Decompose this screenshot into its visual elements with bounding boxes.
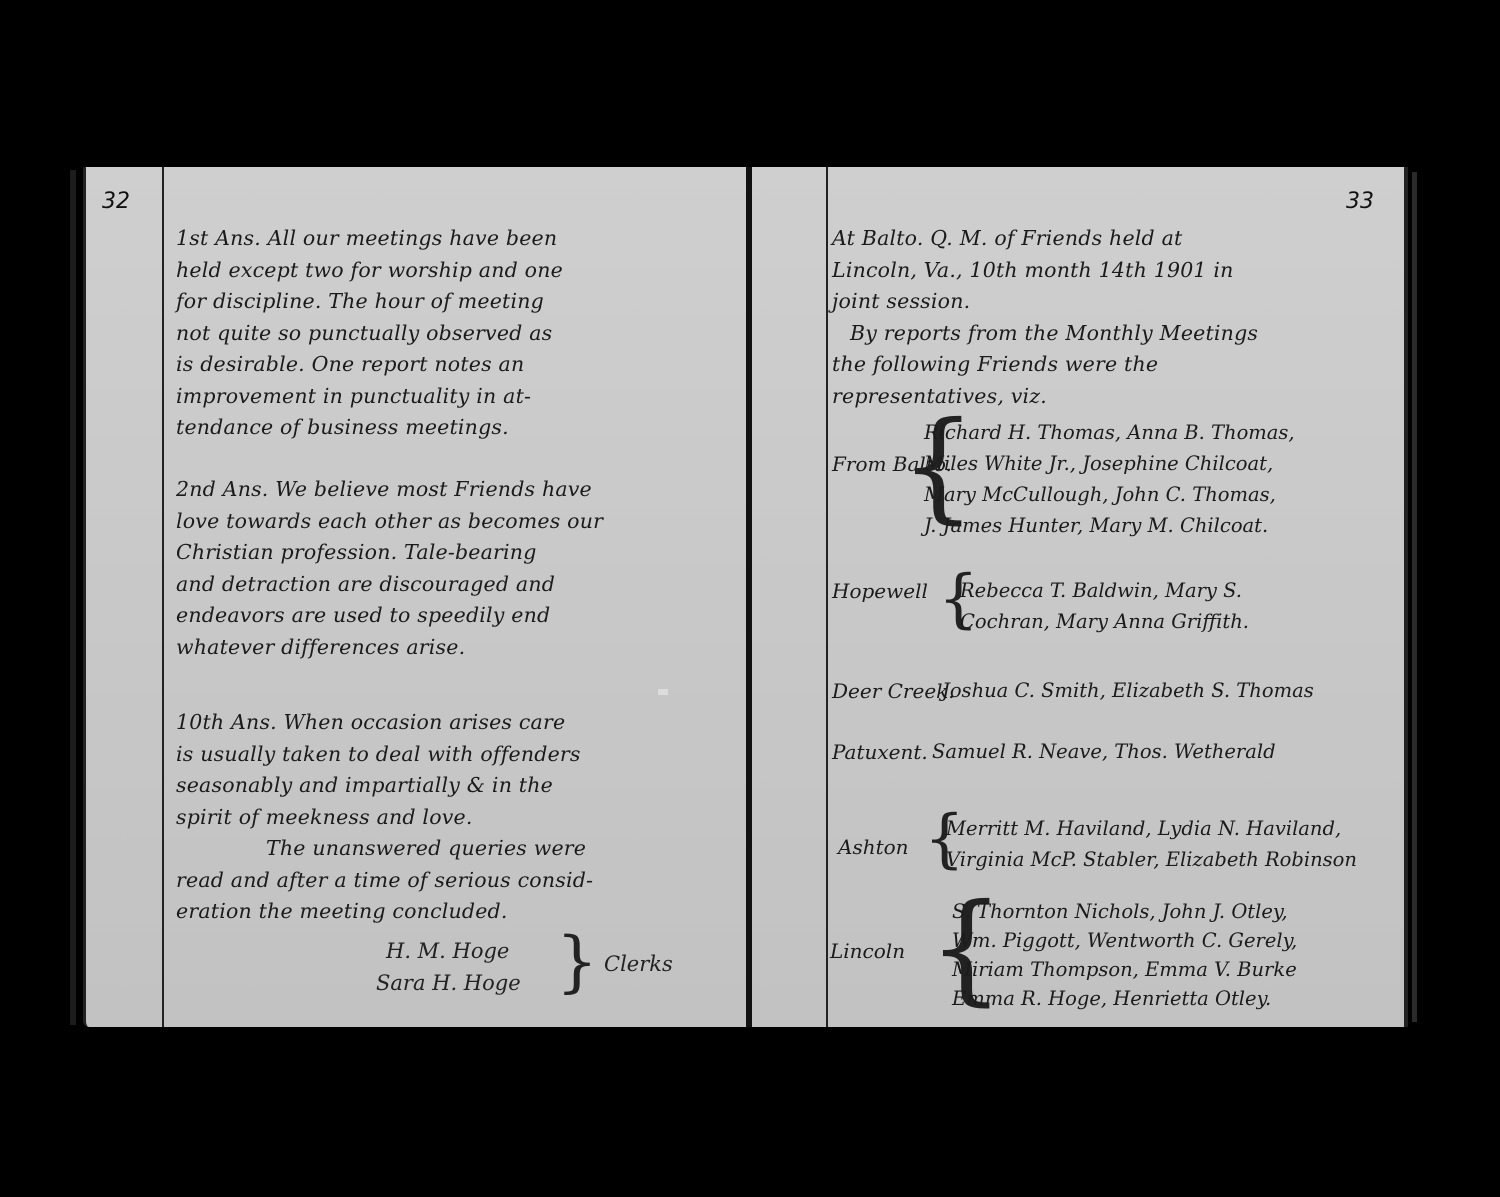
text-line: representatives, viz. (832, 381, 1258, 413)
text-line: and detraction are discouraged and (176, 569, 603, 601)
rep-names: Rebecca T. Baldwin, Mary S. Cochran, Mar… (960, 575, 1249, 637)
rep-name-line: Samuel R. Neave, Thos. Wetherald (932, 736, 1276, 767)
rep-name-line: Virginia McP. Stabler, Elizabeth Robinso… (946, 844, 1357, 875)
rep-names: Joshua C. Smith, Elizabeth S. Thomas (942, 675, 1314, 706)
text-line: is usually taken to deal with offenders (176, 739, 593, 771)
rep-name-line: Mary McCullough, John C. Thomas, (924, 479, 1295, 510)
rep-names: S. Thornton Nichols, John J. Otley, Wm. … (952, 897, 1297, 1013)
rep-name-line: Rebecca T. Baldwin, Mary S. (960, 575, 1249, 606)
rep-name-line: Miriam Thompson, Emma V. Burke (952, 955, 1297, 984)
text-line: Lincoln, Va., 10th month 14th 1901 in (832, 255, 1258, 287)
meeting-name: Hopewell (832, 579, 928, 603)
text-line: joint session. (832, 286, 1258, 318)
text-line: not quite so punctually observed as (176, 318, 563, 350)
rep-name-line: J. James Hunter, Mary M. Chilcoat. (924, 510, 1295, 541)
text-line: By reports from the Monthly Meetings (832, 318, 1258, 350)
rep-name-line: Emma R. Hoge, Henrietta Otley. (952, 984, 1297, 1013)
rep-name-line: Joshua C. Smith, Elizabeth S. Thomas (942, 675, 1314, 706)
answer-10: 10th Ans. When occasion arises care is u… (176, 707, 593, 928)
margin-rule (826, 167, 828, 1027)
answer-2: 2nd Ans. We believe most Friends have lo… (176, 474, 603, 663)
left-page: 32 1st Ans. All our meetings have been h… (83, 167, 747, 1027)
text-line: seasonably and impartially & in the (176, 770, 593, 802)
text-line: the following Friends were the (832, 349, 1258, 381)
book-edge-left (70, 170, 76, 1025)
text-line: is desirable. One report notes an (176, 349, 563, 381)
meeting-name: Ashton (838, 835, 909, 859)
brace-icon: } (556, 929, 598, 995)
rep-name-line: Richard H. Thomas, Anna B. Thomas, (924, 417, 1295, 448)
text-line: held except two for worship and one (176, 255, 563, 287)
meeting-intro: At Balto. Q. M. of Friends held at Linco… (832, 223, 1258, 412)
rep-name-line: Miles White Jr., Josephine Chilcoat, (924, 448, 1295, 479)
text-line: tendance of business meetings. (176, 412, 563, 444)
text-line: At Balto. Q. M. of Friends held at (832, 223, 1258, 255)
open-ledger: 32 1st Ans. All our meetings have been h… (0, 0, 1500, 1197)
answer-1: 1st Ans. All our meetings have been held… (176, 223, 563, 444)
text-line: Christian profession. Tale-bearing (176, 537, 603, 569)
text-line: spirit of meekness and love. (176, 802, 593, 834)
rep-name-line: Wm. Piggott, Wentworth C. Gerely, (952, 926, 1297, 955)
rep-name-line: Merritt M. Haviland, Lydia N. Haviland, (946, 813, 1357, 844)
text-line: read and after a time of serious consid- (176, 865, 593, 897)
rep-name-line: S. Thornton Nichols, John J. Otley, (952, 897, 1297, 926)
text-line: improvement in punctuality in at- (176, 381, 563, 413)
text-line: love towards each other as becomes our (176, 506, 603, 538)
rep-names: Richard H. Thomas, Anna B. Thomas, Miles… (924, 417, 1295, 541)
rep-name-line: Cochran, Mary Anna Griffith. (960, 606, 1249, 637)
page-number: 33 (1346, 189, 1374, 214)
rep-names: Samuel R. Neave, Thos. Wetherald (932, 736, 1276, 767)
book-edge-right (1412, 172, 1417, 1022)
signature-clerk-1: H. M. Hoge (386, 939, 509, 963)
rep-names: Merritt M. Haviland, Lydia N. Haviland, … (946, 813, 1357, 875)
scan-artifact (658, 689, 668, 695)
text-line: 1st Ans. All our meetings have been (176, 223, 563, 255)
margin-rule (162, 167, 164, 1027)
meeting-name: Deer Creek. (832, 679, 955, 703)
text-line: The unanswered queries were (176, 833, 593, 865)
right-page: 33 At Balto. Q. M. of Friends held at Li… (752, 167, 1408, 1027)
meeting-name: Lincoln (830, 939, 905, 963)
text-line: endeavors are used to speedily end (176, 600, 603, 632)
signature-clerk-2: Sara H. Hoge (376, 971, 521, 995)
page-number: 32 (102, 189, 130, 214)
text-line: 10th Ans. When occasion arises care (176, 707, 593, 739)
text-line: eration the meeting concluded. (176, 896, 593, 928)
text-line: for discipline. The hour of meeting (176, 286, 563, 318)
clerks-label: Clerks (604, 952, 673, 976)
text-line: whatever differences arise. (176, 632, 603, 664)
text-line: 2nd Ans. We believe most Friends have (176, 474, 603, 506)
meeting-name: Patuxent. (832, 740, 928, 764)
